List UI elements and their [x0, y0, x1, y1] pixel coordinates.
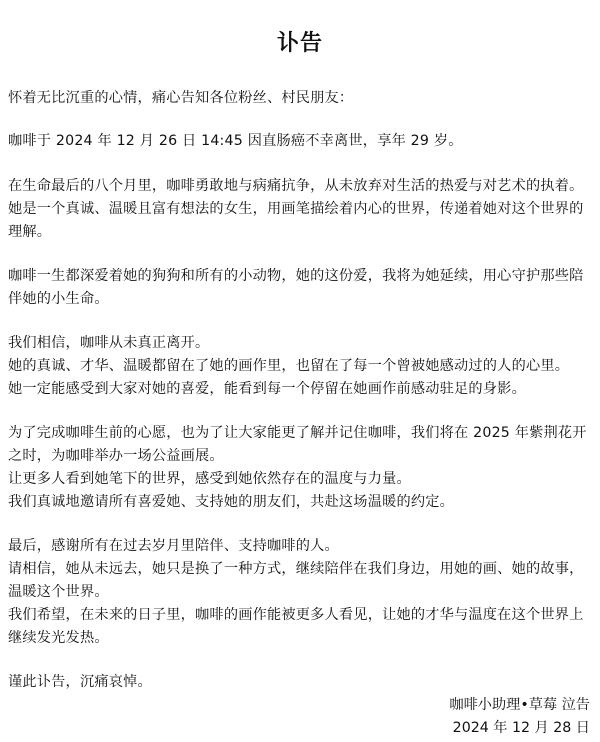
paragraph-line: 我们真诚地邀请所有喜爱她、支持她的朋友们，共赴这场温暖的约定。 [8, 493, 454, 511]
signature-date: 2024 年 12 月 28 日 [453, 719, 590, 737]
paragraph-line: 继续发光发热。 [8, 629, 109, 647]
document-title: 讣告 [0, 26, 600, 57]
signature-author: 咖啡小助理•草莓 泣告 [449, 696, 590, 714]
paragraph-line: 咖啡一生都深爱着她的狗狗和所有的小动物，她的这份爱，我将为她延续，用心守护那些陪 [8, 267, 584, 285]
paragraph-line: 她是一个真诚、温暖且富有想法的女生，用画笔描绘着内心的世界，传递着她对这个世界的 [8, 200, 584, 218]
paragraph-line: 最后，感谢所有在过去岁月里陪伴、支持咖啡的人。 [8, 537, 339, 555]
paragraph-line: 理解。 [8, 223, 51, 241]
paragraph-line: 伴她的小生命。 [8, 290, 109, 308]
greeting-line: 怀着无比沉重的心情，痛心告知各位粉丝、村民朋友： [8, 89, 353, 107]
paragraph-line: 温暖这个世界。 [8, 583, 109, 601]
paragraph-line: 在生命最后的八个月里，咖啡勇敢地与病痛抗争，从未放弃对生活的热爱与对艺术的执着。 [8, 177, 584, 195]
paragraph-line: 我们相信，咖啡从未真正离开。 [8, 334, 209, 352]
paragraph-line: 请相信，她从未远去，她只是换了一种方式，继续陪伴在我们身边，用她的画、她的故事， [8, 560, 584, 578]
closing-line: 谨此讣告，沉痛哀悼。 [8, 673, 152, 691]
death-announcement-line: 咖啡于 2024 年 12 月 26 日 14:45 因直肠癌不幸离世，享年 2… [8, 132, 463, 150]
paragraph-line: 她一定能感受到大家对她的喜爱，能看到每一个停留在她画作前感动驻足的身影。 [8, 380, 526, 398]
paragraph-line: 她的真诚、才华、温暖都留在了她的画作里，也留在了每一个曾被她感动过的人的心里。 [8, 357, 569, 375]
paragraph-line: 让更多人看到她笔下的世界，感受到她依然存在的温度与力量。 [8, 470, 411, 488]
paragraph-line: 为了完成咖啡生前的心愿，也为了让大家能更了解并记住咖啡，我们将在 2025 年紫… [8, 424, 587, 442]
paragraph-line: 我们希望，在未来的日子里，咖啡的画作能被更多人看见，让她的才华与温度在这个世界上 [8, 606, 584, 624]
paragraph-line: 之时，为咖啡举办一场公益画展。 [8, 447, 224, 465]
